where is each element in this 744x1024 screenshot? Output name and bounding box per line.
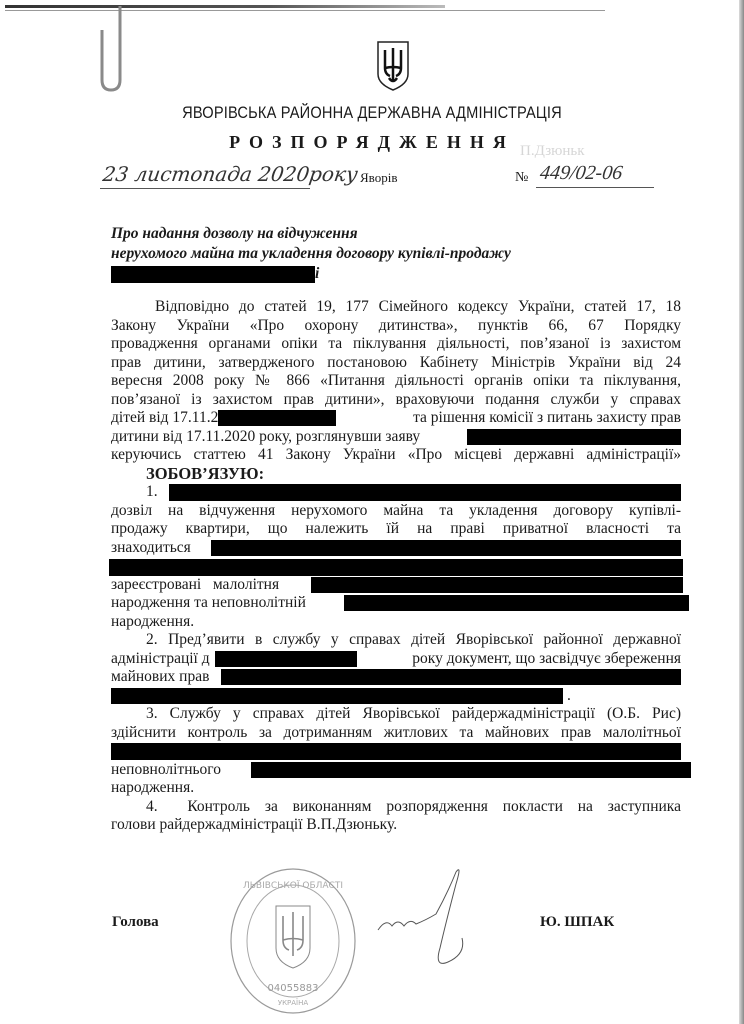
redaction [169,484,681,501]
number-sign: № [515,170,528,186]
item1-line: 1. [111,483,681,502]
redaction [111,743,681,760]
preamble-line: пов’язаної із захистом прав дитини», вра… [111,391,681,410]
item3-line: 3. Службу у справах дітей Яворівської ра… [111,705,681,724]
item2-line: адміністрації дроку документ, що засвідч… [111,650,681,669]
document-subject: Про надання дозволу на відчуження нерухо… [111,224,511,284]
document-type: РОЗПОРЯДЖЕННЯ [0,132,744,153]
redaction [344,595,689,611]
order-heading: ЗОБОВ’ЯЗУЮ: [111,465,681,484]
preamble-line: дитини від 17.11.2020 року, розглянувши … [111,428,681,447]
item3-line: народження. [111,779,681,798]
organization-name: ЯВОРІВСЬКА РАЙОННА ДЕРЖАВНА АДМІНІСТРАЦІ… [52,103,692,123]
handwritten-date: 23 листопада 2020року [101,162,359,186]
item1-line: народження. [111,613,681,632]
redaction [211,540,681,556]
trident-coat-of-arms-icon [376,40,410,92]
preamble-line: керуючись статтею 41 Закону України «Про… [111,446,681,465]
handwritten-signature-icon [370,862,490,972]
city: Яворів [360,170,397,186]
item1-line: знаходиться [111,539,681,558]
item1-line: продажу квартири, що належить їй на прав… [111,520,681,539]
svg-text:УКРАЇНА: УКРАЇНА [278,998,309,1007]
preamble-line: дітей від 17.11.2та рішення комісії з пи… [111,409,681,428]
redaction [467,429,681,445]
number-underline [536,187,654,188]
redaction [215,651,357,667]
subject-line: і [111,264,511,284]
scan-edge-top [5,5,445,8]
paperclip-icon [95,4,127,92]
document-body: Відповідно до статей 19, 177 Сімейного к… [111,298,681,835]
trident-seal-icon: 04055883 УКРАЇНА ЛЬВІВСЬКОЇ ОБЛАСТІ [228,866,358,1016]
redaction [251,762,691,778]
redaction [111,266,315,283]
redaction [109,559,683,576]
preamble-line: вересня 2008 року № 866 «Питання діяльно… [111,372,681,391]
redaction [218,410,336,426]
signatory-name: Ю. ШПАК [540,914,614,931]
item1-line [111,557,681,576]
preamble-line: провадження органами опіки та піклування… [111,335,681,354]
svg-text:ЛЬВІВСЬКОЇ ОБЛАСТІ: ЛЬВІВСЬКОЇ ОБЛАСТІ [243,880,343,891]
subject-line: нерухомого майна та укладення договору к… [111,244,511,264]
item2-line: майнових прав [111,668,681,687]
item4-line: 4. Контроль за виконанням розпорядження … [111,798,681,817]
signatory-title: Голова [112,914,159,931]
item1-line: зареєстровані малолітня [111,576,681,595]
item3-line: неповнолітнього [111,761,681,780]
handwritten-document-number: 449/02-06 [538,162,623,185]
item1-line: дозвіл на відчуження нерухомого майна та… [111,502,681,521]
subject-line: Про надання дозволу на відчуження [111,224,511,244]
redaction [221,669,681,685]
redaction [311,577,683,593]
scan-edge-right [739,0,744,1024]
preamble-line: прав дитини, затвердженого постановою Ка… [111,354,681,373]
item3-line: здійснити контроль за дотриманням житлов… [111,724,681,743]
item2-line: . [111,687,681,706]
item1-line: народження та неповнолітній [111,594,681,613]
preamble-line: Відповідно до статей 19, 177 Сімейного к… [111,298,681,317]
item4-line: голови райдержадміністрації В.П.Дзюньку. [111,816,681,835]
redaction [111,688,563,704]
item2-line: 2. Пред’явити в службу у справах дітей Я… [111,631,681,650]
date-underline [100,188,310,189]
preamble-line: Закону України «Про охорону дитинства», … [111,317,681,336]
svg-text:04055883: 04055883 [268,983,319,994]
item3-line [111,742,681,761]
